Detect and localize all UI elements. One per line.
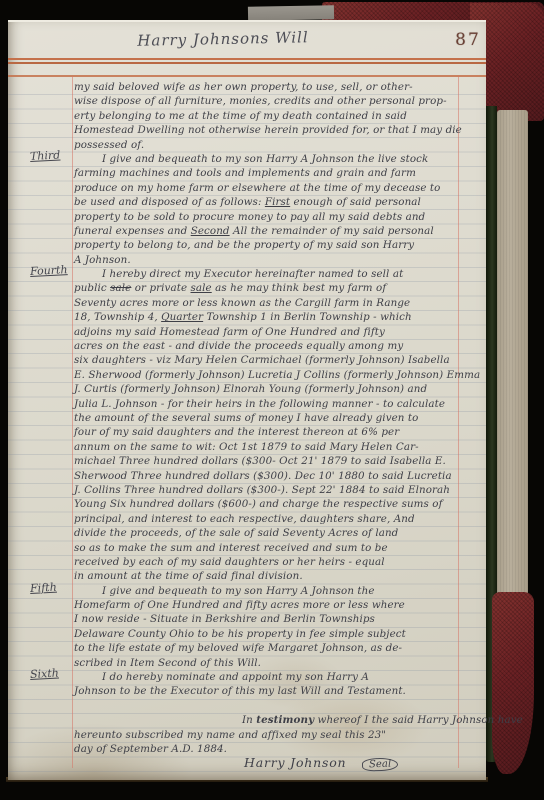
- text-segment: Township 1 in Berlin Township - which: [203, 311, 412, 323]
- text-segment: public: [74, 282, 110, 294]
- text-segment: divide the proceeds, of the sale of said…: [74, 527, 398, 539]
- text-segment: Julia L. Johnson - for their heirs in th…: [74, 398, 445, 410]
- text-line: erty belonging to me at the time of my d…: [74, 109, 470, 123]
- text-line: hereunto subscribed my name and affixed …: [74, 728, 470, 742]
- text-line: A Johnson.: [74, 253, 470, 267]
- text-segment: In: [242, 714, 256, 726]
- ledger-page: Harry Johnsons Will 87 ThirdFourthFifthS…: [8, 20, 486, 780]
- text-segment: erty belonging to me at the time of my d…: [74, 110, 407, 122]
- text-line: Homestead Dwelling not otherwise herein …: [74, 123, 470, 137]
- text-line: property to belong to, and be the proper…: [74, 238, 470, 252]
- text-line: Young Six hundred dollars ($600-) and ch…: [74, 497, 470, 511]
- text-segment: received by each of my said daughters or…: [74, 556, 385, 568]
- text-segment: sale: [191, 282, 212, 294]
- text-segment: so as to make the sum and interest recei…: [74, 542, 388, 554]
- margin-note: Fourth: [30, 263, 71, 278]
- text-line: Sherwood Three hundred dollars ($300). D…: [74, 469, 470, 483]
- text-segment: E. Sherwood (formerly Johnson) Lucretia …: [74, 369, 480, 381]
- text-line: to the life estate of my beloved wife Ma…: [74, 641, 470, 655]
- text-line: I hereby direct my Executor hereinafter …: [74, 267, 470, 281]
- text-line: be used and disposed of as follows: Firs…: [74, 195, 470, 209]
- text-segment: Homestead Dwelling not otherwise herein …: [74, 124, 462, 136]
- text-segment: six daughters - viz Mary Helen Carmichae…: [74, 354, 450, 366]
- text-line: four of my said daughters and the intere…: [74, 425, 470, 439]
- page-number: 87: [448, 30, 488, 50]
- text-segment: my said beloved wife as her own property…: [74, 81, 413, 93]
- text-segment: enough of said personal: [290, 196, 421, 208]
- text-line: In testimony whereof I the said Harry Jo…: [74, 713, 470, 727]
- header-rule-top: [8, 58, 486, 65]
- text-segment: annum on the same to wit: Oct 1st 1879 t…: [74, 441, 419, 453]
- text-line: annum on the same to wit: Oct 1st 1879 t…: [74, 440, 470, 454]
- text-segment: I now reside - Situate in Berkshire and …: [74, 613, 375, 625]
- text-line: Julia L. Johnson - for their heirs in th…: [74, 397, 470, 411]
- text-segment: day of September A.D. 1884.: [74, 743, 227, 755]
- text-segment: property to belong to, and be the proper…: [74, 239, 414, 251]
- margin-note: Third: [30, 148, 71, 163]
- will-body-text: my said beloved wife as her own property…: [74, 80, 470, 771]
- text-segment: I give and bequeath to my son Harry A Jo…: [102, 153, 428, 165]
- margin-rule-left: [72, 76, 73, 768]
- text-segment: farming machines and tools and implement…: [74, 167, 416, 179]
- text-segment: acres on the east - and divide the proce…: [74, 340, 403, 352]
- margin-note: Sixth: [30, 666, 71, 681]
- text-segment: the amount of the several sums of money …: [74, 412, 418, 424]
- text-line: day of September A.D. 1884.: [74, 742, 470, 756]
- text-line: principal, and interest to each respecti…: [74, 512, 470, 526]
- text-line: in amount at the time of said final divi…: [74, 569, 470, 583]
- text-line: Homefarm of One Hundred and fifty acres …: [74, 598, 470, 612]
- text-segment: or private: [131, 282, 190, 294]
- text-segment: First: [265, 196, 290, 208]
- text-segment: sale: [110, 282, 131, 294]
- text-line: six daughters - viz Mary Helen Carmichae…: [74, 353, 470, 367]
- text-segment: funeral expenses and: [74, 225, 191, 237]
- text-segment: four of my said daughters and the intere…: [74, 426, 399, 438]
- text-segment: produce on my home farm or elsewhere at …: [74, 182, 440, 194]
- binding-cloth-patch: [248, 5, 334, 20]
- text-segment: as he may think best my farm of: [212, 282, 387, 294]
- signature: Harry Johnson: [244, 755, 346, 770]
- text-line: received by each of my said daughters or…: [74, 555, 470, 569]
- text-segment: wise dispose of all furniture, monies, c…: [74, 95, 447, 107]
- text-line: scribed in Item Second of this Will.: [74, 656, 470, 670]
- text-segment: possessed of.: [74, 139, 144, 151]
- text-line: adjoins my said Homestead farm of One Hu…: [74, 325, 470, 339]
- text-line: Harry JohnsonSeal: [74, 756, 470, 770]
- text-segment: Delaware County Ohio to be his property …: [74, 628, 406, 640]
- text-segment: Young Six hundred dollars ($600-) and ch…: [74, 498, 443, 510]
- text-segment: Quarter: [161, 311, 203, 323]
- text-line: Seventy acres more or less known as the …: [74, 296, 470, 310]
- text-segment: principal, and interest to each respecti…: [74, 513, 415, 525]
- text-segment: Sherwood Three hundred dollars ($300). D…: [74, 470, 452, 482]
- text-segment: testimony: [256, 714, 314, 726]
- text-line: I now reside - Situate in Berkshire and …: [74, 612, 470, 626]
- text-line: J. Curtis (formerly Johnson) Elnorah You…: [74, 382, 470, 396]
- text-line: possessed of.: [74, 138, 470, 152]
- text-segment: J. Curtis (formerly Johnson) Elnorah You…: [74, 383, 427, 395]
- text-segment: adjoins my said Homestead farm of One Hu…: [74, 326, 385, 338]
- spine-cloth-strip: [497, 110, 528, 594]
- text-segment: A Johnson.: [74, 254, 131, 266]
- text-line: divide the proceeds, of the sale of said…: [74, 526, 470, 540]
- text-line: Johnson to be the Executor of this my la…: [74, 684, 470, 698]
- text-line: public sale or private sale as he may th…: [74, 281, 470, 295]
- text-segment: michael Three hundred dollars ($300- Oct…: [74, 455, 446, 467]
- text-segment: Seventy acres more or less known as the …: [74, 297, 410, 309]
- text-segment: I give and bequeath to my son Harry A Jo…: [102, 585, 375, 597]
- page-title: Harry Johnsons Will: [108, 28, 338, 51]
- seal-mark: Seal: [362, 758, 399, 772]
- text-segment: property to be sold to procure money to …: [74, 211, 425, 223]
- text-segment: Second: [191, 225, 230, 237]
- text-line: I do hereby nominate and appoint my son …: [74, 670, 470, 684]
- text-segment: to the life estate of my beloved wife Ma…: [74, 642, 402, 654]
- text-line: wise dispose of all furniture, monies, c…: [74, 94, 470, 108]
- text-segment: be used and disposed of as follows:: [74, 196, 265, 208]
- text-line: funeral expenses and Second All the rema…: [74, 224, 470, 238]
- book-cover-bottom-right-corner: [492, 592, 534, 774]
- text-line: 18, Township 4, Quarter Township 1 in Be…: [74, 310, 470, 324]
- text-line: the amount of the several sums of money …: [74, 411, 470, 425]
- text-segment: I do hereby nominate and appoint my son …: [102, 671, 369, 683]
- text-line: property to be sold to procure money to …: [74, 210, 470, 224]
- header-rule-bottom: [8, 75, 486, 77]
- text-line: I give and bequeath to my son Harry A Jo…: [74, 152, 470, 166]
- text-segment: Homefarm of One Hundred and fifty acres …: [74, 599, 405, 611]
- text-segment: J. Collins Three hundred dollars ($300-)…: [74, 484, 450, 496]
- text-line: J. Collins Three hundred dollars ($300-)…: [74, 483, 470, 497]
- text-line: acres on the east - and divide the proce…: [74, 339, 470, 353]
- text-segment: in amount at the time of said final divi…: [74, 570, 303, 582]
- text-segment: whereof I the said Harry Johnson have: [314, 714, 523, 726]
- text-line: so as to make the sum and interest recei…: [74, 541, 470, 555]
- ledger-photo: Harry Johnsons Will 87 ThirdFourthFifthS…: [0, 0, 544, 800]
- text-line: I give and bequeath to my son Harry A Jo…: [74, 584, 470, 598]
- text-segment: hereunto subscribed my name and affixed …: [74, 729, 386, 741]
- margin-note: Fifth: [30, 580, 71, 595]
- text-segment: scribed in Item Second of this Will.: [74, 657, 261, 669]
- text-line: michael Three hundred dollars ($300- Oct…: [74, 454, 470, 468]
- text-line: farming machines and tools and implement…: [74, 166, 470, 180]
- text-line: [74, 699, 470, 713]
- text-segment: 18, Township 4,: [74, 311, 161, 323]
- text-segment: Johnson to be the Executor of this my la…: [74, 685, 406, 697]
- text-line: produce on my home farm or elsewhere at …: [74, 181, 470, 195]
- text-line: Delaware County Ohio to be his property …: [74, 627, 470, 641]
- text-line: E. Sherwood (formerly Johnson) Lucretia …: [74, 368, 470, 382]
- text-line: my said beloved wife as her own property…: [74, 80, 470, 94]
- text-segment: I hereby direct my Executor hereinafter …: [102, 268, 403, 280]
- text-segment: All the remainder of my said personal: [230, 225, 434, 237]
